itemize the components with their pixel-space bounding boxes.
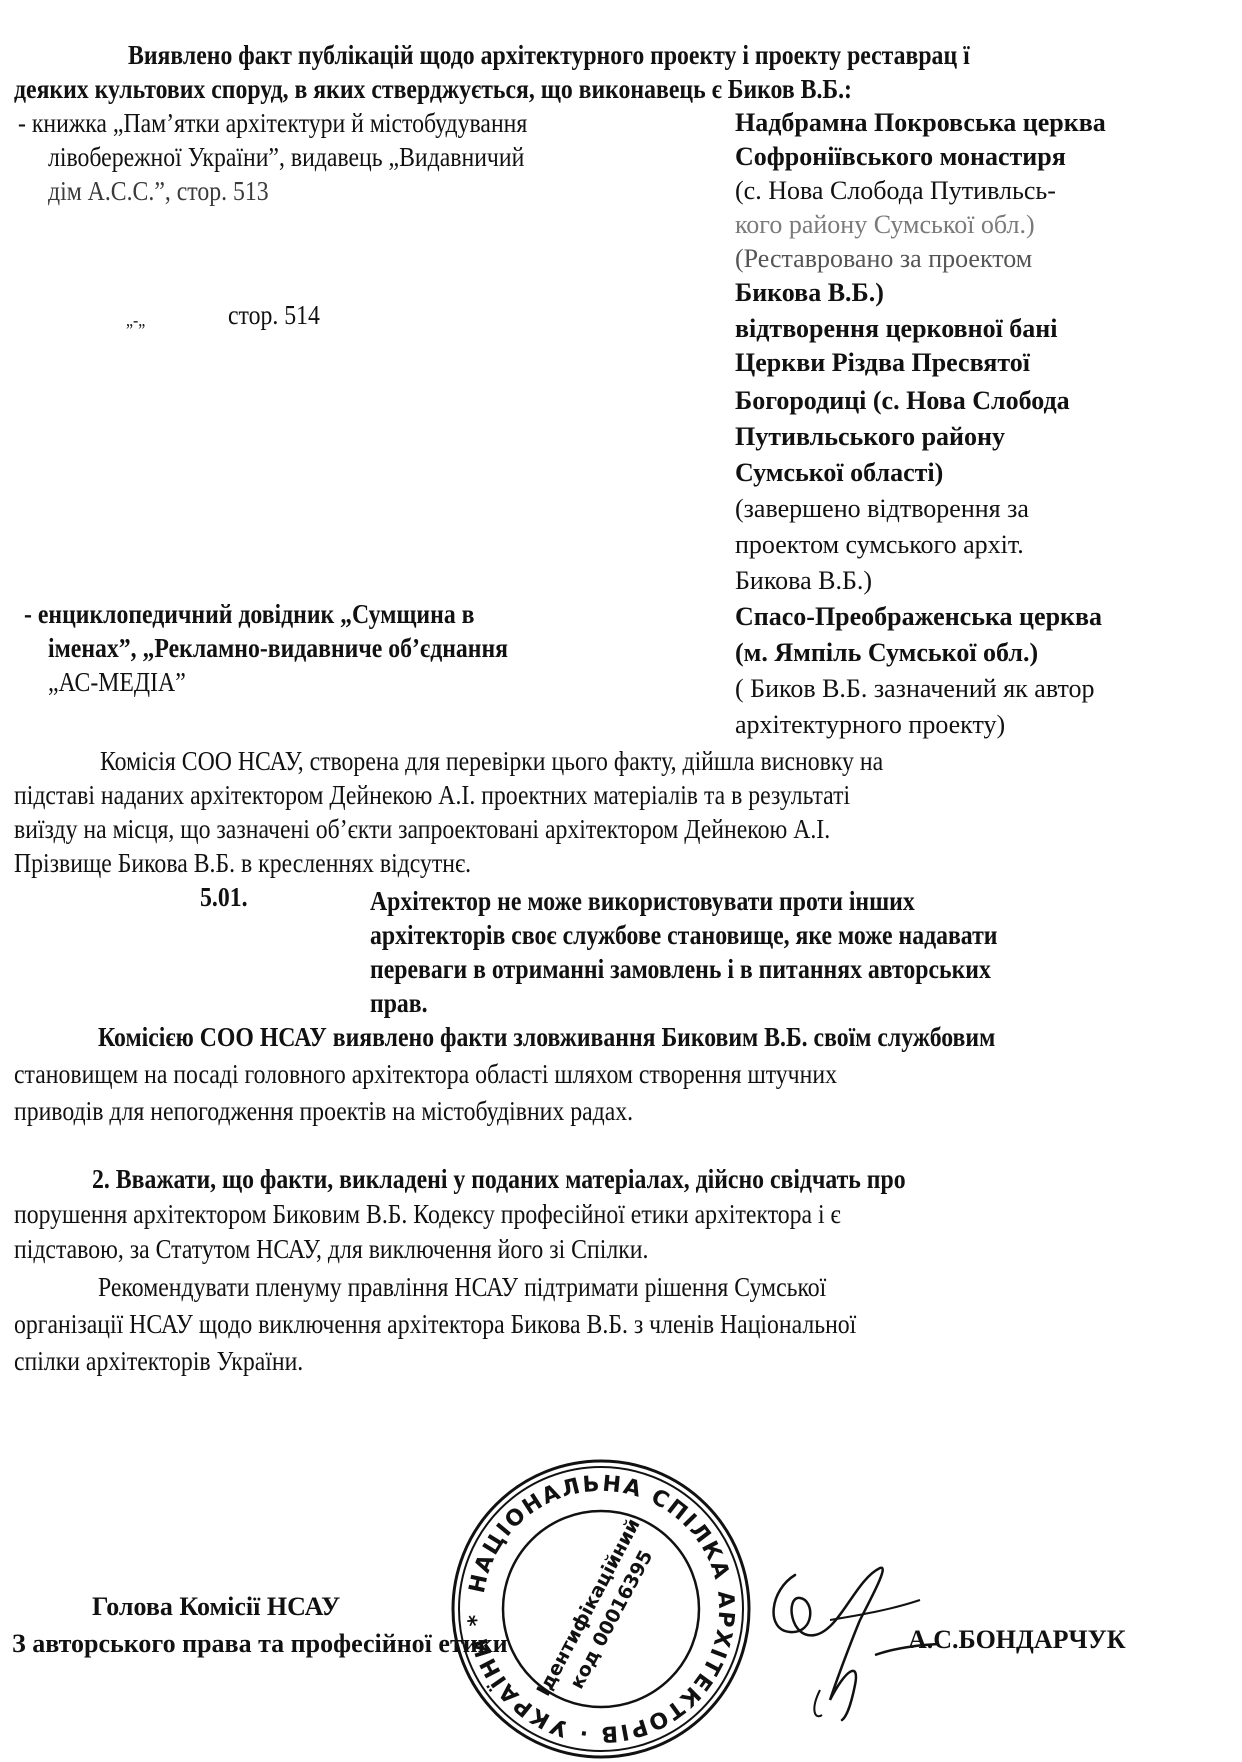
object-line: Бикова В.Б.) — [735, 276, 884, 310]
page-reference: стор. 514 — [228, 298, 320, 332]
object-line: Спасо-Преображенська церква — [735, 600, 1102, 634]
signatory-title-line-1: Голова Комісії НСАУ — [92, 1590, 340, 1624]
clause-line: Архітектор не може використовувати проти… — [370, 884, 915, 918]
handwritten-signature — [760, 1560, 940, 1730]
conclusion-line: Комісія СОО НСАУ, створена для перевірки… — [100, 744, 883, 778]
object-line: (с. Нова Слобода Путивльсь- — [735, 174, 1056, 208]
intro-line-1: Виявлено факт публікацій щодо архітектур… — [128, 38, 970, 72]
stamp-seal-icon: НАЦІОНАЛЬНА СПІЛКА АРХІТЕКТОРІВ · УКРАЇН… — [446, 1454, 756, 1762]
object-line: (завершено відтворення за — [735, 492, 1029, 526]
object-line: відтворення церковної бані — [735, 312, 1058, 346]
source-encyclopedia-line: - енциклопедичний довідник „Сумщина в — [24, 597, 474, 631]
conclusion-line: Прізвище Бикова В.Б. в кресленнях відсут… — [14, 846, 471, 880]
finding-line: приводів для непогодження проектів на мі… — [14, 1094, 633, 1128]
recommendation-line: організації НСАУ щодо виключення архітек… — [14, 1307, 856, 1341]
object-line: Церкви Різдва Пресвятої — [735, 346, 1030, 380]
source-encyclopedia-line: „АС-МЕДІА” — [48, 665, 186, 699]
source-book-line: лівобережної України”, видавець „Видавни… — [48, 140, 524, 174]
conclusion-line: виїзду на місця, що зазначені об’єкти за… — [14, 812, 830, 846]
ditto-mark: „-„ — [126, 303, 145, 337]
conclusion-line: підставі наданих архітектором Дейнекою А… — [14, 778, 850, 812]
object-line: Путивльського району — [735, 420, 1005, 454]
intro-line-2: деяких культових споруд, в яких стверджу… — [14, 72, 852, 106]
clause-line: прав. — [370, 986, 428, 1020]
object-line: архітектурного проекту) — [735, 708, 1005, 742]
finding-line: становищем на посаді головного архітекто… — [14, 1057, 837, 1091]
resolution-line: 2. Вважати, що факти, викладені у подани… — [92, 1162, 906, 1196]
object-line: (м. Ямпіль Сумської обл.) — [735, 636, 1038, 670]
object-line: Надбрамна Покровська церква — [735, 106, 1106, 140]
object-line: ( Биков В.Б. зазначений як автор — [735, 672, 1095, 706]
recommendation-line: Рекомендувати пленуму правління НСАУ під… — [98, 1270, 826, 1304]
clause-line: переваги в отриманні замовлень і в питан… — [370, 952, 991, 986]
resolution-line: підставою, за Статутом НСАУ, для виключе… — [14, 1232, 648, 1266]
recommendation-line: спілки архітекторів України. — [14, 1344, 303, 1378]
signature-icon — [760, 1560, 940, 1730]
clause-line: архітекторів своє службове становище, як… — [370, 918, 997, 952]
finding-line: Комісією СОО НСАУ виявлено факти зловжив… — [98, 1020, 995, 1054]
source-book-line: - книжка „Пам’ятки архітектури й містобу… — [18, 106, 527, 140]
official-stamp: НАЦІОНАЛЬНА СПІЛКА АРХІТЕКТОРІВ · УКРАЇН… — [446, 1454, 756, 1762]
clause-number: 5.01. — [200, 880, 248, 914]
object-line: Бикова В.Б.) — [735, 564, 872, 598]
resolution-line: порушення архітектором Биковим В.Б. Коде… — [14, 1197, 841, 1231]
object-line: кого району Сумської обл.) — [735, 208, 1035, 242]
object-line: Богородиці (с. Нова Слобода — [735, 384, 1070, 418]
document-page: Виявлено факт публікацій щодо архітектур… — [0, 0, 1242, 1762]
object-line: Софроніївського монастиря — [735, 140, 1066, 174]
object-line: проектом сумського архіт. — [735, 528, 1024, 562]
signatory-title-line-2: З авторського права та професійної етики — [12, 1627, 508, 1661]
source-book-line: дім А.С.С.”, стор. 513 — [48, 174, 269, 208]
source-encyclopedia-line: іменах”, „Рекламно-видавниче об’єднання — [48, 631, 508, 665]
object-line: Сумської області) — [735, 456, 943, 490]
object-line: (Реставровано за проектом — [735, 242, 1032, 276]
signatory-name: А.С.БОНДАРЧУК — [908, 1623, 1126, 1657]
